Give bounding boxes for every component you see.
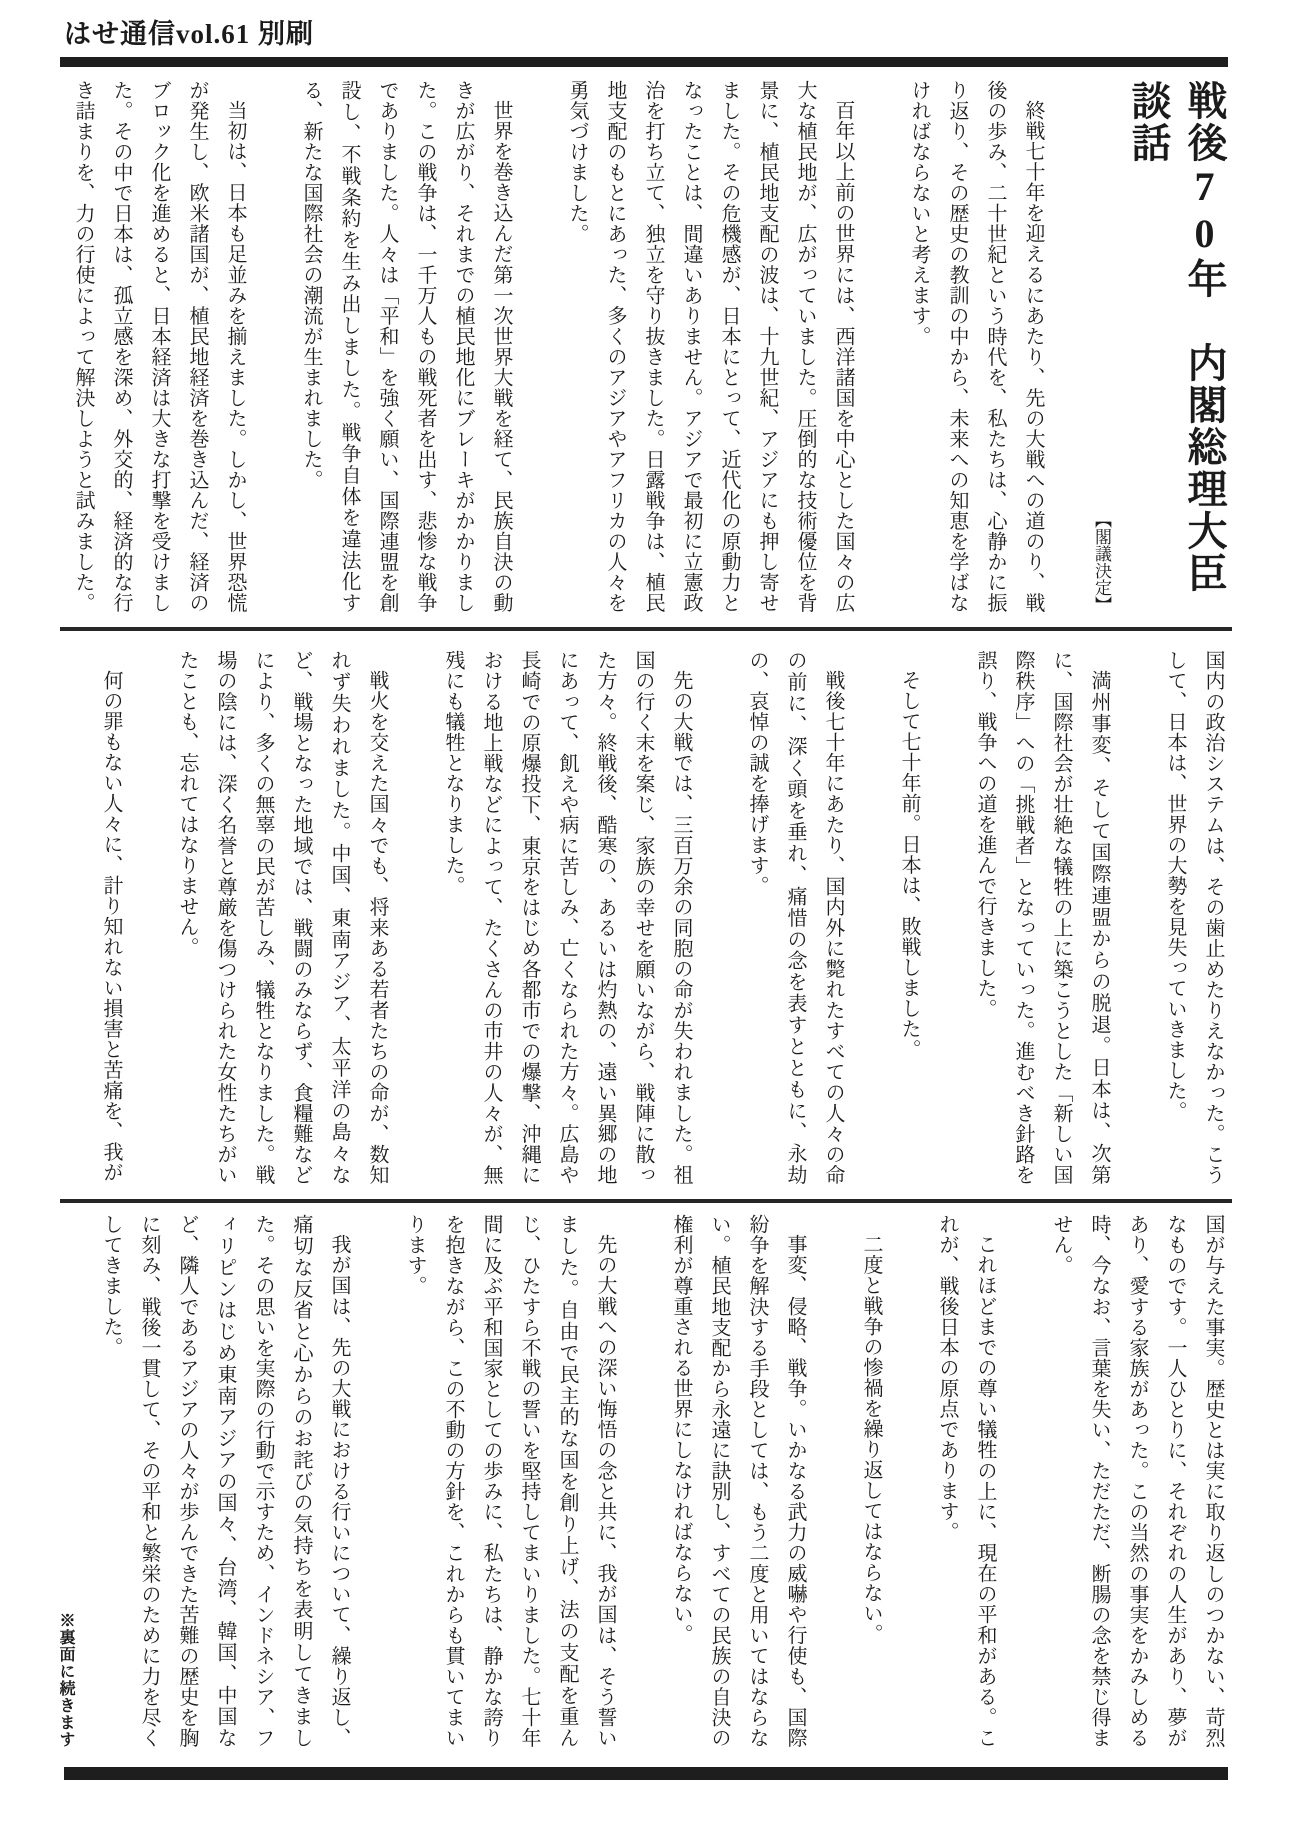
paragraph-band2-1: 国内の政治システムは、その歯止めたりえなかった。こうして、日本は、世界の大勢を見… [1156, 650, 1232, 1185]
text-band-top: 戦後70年 内閣総理大臣談話 【閣議決定】 終戦七十年を迎えるにあたり、先の大戦… [60, 80, 1232, 613]
masthead-label: はせ通信vol.61 別刷 [64, 12, 314, 51]
paragraph-band3-6: 我が国は、先の大戦における行いについて、繰り返し、痛切な反省と心からのお詫びの気… [92, 1214, 358, 1748]
newsletter-page: はせ通信vol.61 別刷 戦後70年 内閣総理大臣談話 【閣議決定】 終戦七十… [0, 0, 1295, 1834]
paragraph-band1-4: 当初は、日本も足並みを揃えました。しかし、世界恐慌が発生し、欧米諸国が、植民地経… [64, 80, 254, 613]
article-title: 戦後70年 内閣総理大臣談話 [1120, 80, 1232, 613]
text-band-middle: 国内の政治システムは、その歯止めたりえなかった。こうして、日本は、世界の大勢を見… [60, 650, 1232, 1185]
paragraph-band1-1: 終戦七十年を迎えるにあたり、先の大戦への道のり、戦後の歩み、二十世紀という時代を… [900, 80, 1052, 613]
paragraph-band3-5: 先の大戦への深い悔悟の念と共に、我が国は、そう誓いました。自由で民主的な国を創り… [396, 1214, 624, 1748]
paragraph-band3-2: これほどまでの尊い犠牲の上に、現在の平和がある。これが、戦後日本の原点であります… [928, 1214, 1004, 1748]
paragraph-band2-3: そして七十年前。日本は、敗戦しました。 [890, 650, 928, 1185]
paragraph-band2-5: 先の大戦では、三百万余の同胞の命が失われました。祖国の行く末を案じ、家族の幸せを… [434, 650, 700, 1185]
text-band-bottom: 国が与えた事実。歴史とは実に取り返しのつかない、苛烈なものです。一人ひとりに、そ… [60, 1214, 1232, 1748]
paragraph-band2-4: 戦後七十年にあたり、国内外に斃れたすべての人々の命の前に、深く頭を垂れ、痛惜の念… [738, 650, 852, 1185]
paragraph-band3-4: 事変、侵略、戦争。いかなる武力の威嚇や行使も、国際紛争を解決する手段としては、も… [662, 1214, 814, 1748]
band-divider-2 [60, 1199, 1232, 1203]
bottom-rule [64, 1767, 1228, 1780]
paragraph-band2-2: 満州事変、そして国際連盟からの脱退。日本は、次第に、国際社会が壮絶な犠牲の上に築… [966, 650, 1118, 1185]
masthead-rule [60, 57, 1228, 67]
paragraph-band1-3: 世界を巻き込んだ第一次世界大戦を経て、民族自決の動きが広がり、それまでの植民地化… [292, 80, 520, 613]
paragraph-band2-7: 何の罪もない人々に、計り知れない損害と苦痛を、我が [92, 650, 130, 1185]
band-divider-1 [60, 627, 1232, 631]
paragraph-band2-6: 戦火を交えた国々でも、将来ある若者たちの命が、数知れず失われました。中国、東南ア… [168, 650, 396, 1185]
cabinet-decision-label: 【閣議決定】 [1086, 80, 1116, 613]
paragraph-band3-1: 国が与えた事実。歴史とは実に取り返しのつかない、苛烈なものです。一人ひとりに、そ… [1042, 1214, 1232, 1748]
paragraph-band1-2: 百年以上前の世界には、西洋諸国を中心とした国々の広大な植民地が、広がっていました… [558, 80, 862, 613]
continuation-note: ※裏面に続きます [60, 1214, 80, 1748]
paragraph-band3-3: 二度と戦争の惨禍を繰り返してはならない。 [852, 1214, 890, 1748]
